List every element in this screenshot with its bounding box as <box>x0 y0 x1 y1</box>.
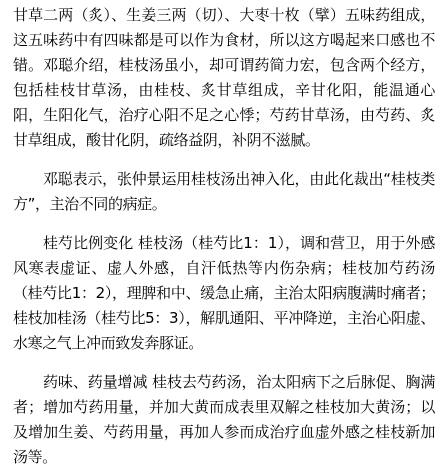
paragraph-dose-adjustment: 药味、药量增减 桂枝去芍药汤，治太阳病下之后脉促、胸满者；增加芍药用量，并加大黄… <box>13 370 435 467</box>
paragraph-gui-shao-ratio: 桂芍比例变化 桂枝汤（桂芍比1：1），调和营卫，用于外感风寒表虚证、虚人外感，自… <box>13 231 435 356</box>
paragraph-guizhi-lei-fang: 邓聪表示，张仲景运用桂枝汤出神入化，由此化裁出“桂枝类方”，主治不同的病症。 <box>13 167 435 217</box>
paragraph-herb-composition: 甘草二两（炙）、生姜三两（切）、大枣十枚（擘）五味药组成，这五味药中有四味都是可… <box>13 3 435 153</box>
article-body: 甘草二两（炙）、生姜三两（切）、大枣十枚（擘）五味药组成，这五味药中有四味都是可… <box>0 0 444 467</box>
